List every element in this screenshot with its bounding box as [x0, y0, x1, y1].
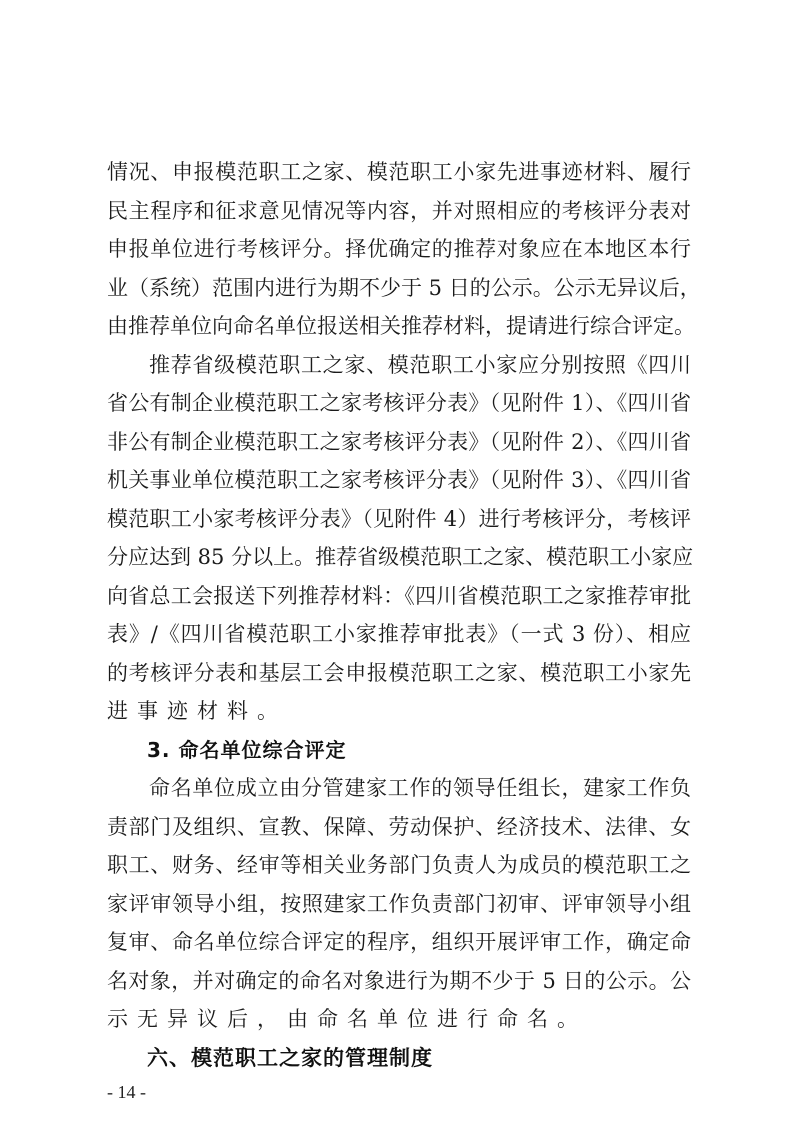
- paragraph-line: 名对象，并对确定的命名对象进行为期不少于 5 日的公示。公: [107, 966, 691, 996]
- paragraph-line: 示无异议后，由命名单位进行命名。: [107, 1004, 691, 1034]
- document-page: 情况、申报模范职工之家、模范职工小家先进事迹材料、履行 民主程序和征求意见情况等…: [0, 0, 793, 1122]
- paragraph-line: 分应达到 85 分以上。推荐省级模范职工之家、模范职工小家应: [107, 542, 691, 572]
- page-number: - 14 -: [107, 1082, 146, 1103]
- paragraph-line: 模范职工小家考核评分表》（见附件 4）进行考核评分，考核评: [107, 504, 691, 534]
- paragraph-line: 推荐省级模范职工之家、模范职工小家应分别按照《四川: [149, 350, 691, 380]
- paragraph-line: 责部门及组织、宣教、保障、劳动保护、经济技术、法律、女: [107, 812, 691, 842]
- paragraph-line: 命名单位成立由分管建家工作的领导任组长，建家工作负: [149, 773, 691, 803]
- paragraph-line: 的考核评分表和基层工会申报模范职工之家、模范职工小家先: [107, 658, 691, 688]
- section-heading-3: 3. 命名单位综合评定: [147, 735, 346, 765]
- paragraph-line: 非公有制企业模范职工之家考核评分表》（见附件 2）、《四川省: [107, 427, 691, 457]
- paragraph-line: 机关事业单位模范职工之家考核评分表》（见附件 3）、《四川省: [107, 465, 691, 495]
- paragraph-line: 申报单位进行考核评分。择优确定的推荐对象应在本地区本行: [107, 234, 691, 264]
- paragraph-line: 职工、财务、经审等相关业务部门负责人为成员的模范职工之: [107, 850, 691, 880]
- paragraph-line: 家评审领导小组，按照建家工作负责部门初审、评审领导小组: [107, 889, 691, 919]
- paragraph-line: 表》/《四川省模范职工小家推荐审批表》（一式 3 份）、相应: [107, 619, 691, 649]
- paragraph-line: 民主程序和征求意见情况等内容，并对照相应的考核评分表对: [107, 196, 691, 226]
- paragraph-line: 情况、申报模范职工之家、模范职工小家先进事迹材料、履行: [107, 157, 691, 187]
- section-heading-6: 六、模范职工之家的管理制度: [147, 1043, 433, 1073]
- paragraph-line: 向省总工会报送下列推荐材料：《四川省模范职工之家推荐审批: [107, 581, 691, 611]
- paragraph-line: 复审、命名单位综合评定的程序，组织开展评审工作，确定命: [107, 927, 691, 957]
- paragraph-line: 省公有制企业模范职工之家考核评分表》（见附件 1）、《四川省: [107, 388, 691, 418]
- paragraph-line: 业（系统）范围内进行为期不少于 5 日的公示。公示无异议后，: [107, 273, 691, 303]
- paragraph-line: 由推荐单位向命名单位报送相关推荐材料，提请进行综合评定。: [107, 311, 691, 341]
- paragraph-line: 进事迹材料。: [107, 696, 691, 726]
